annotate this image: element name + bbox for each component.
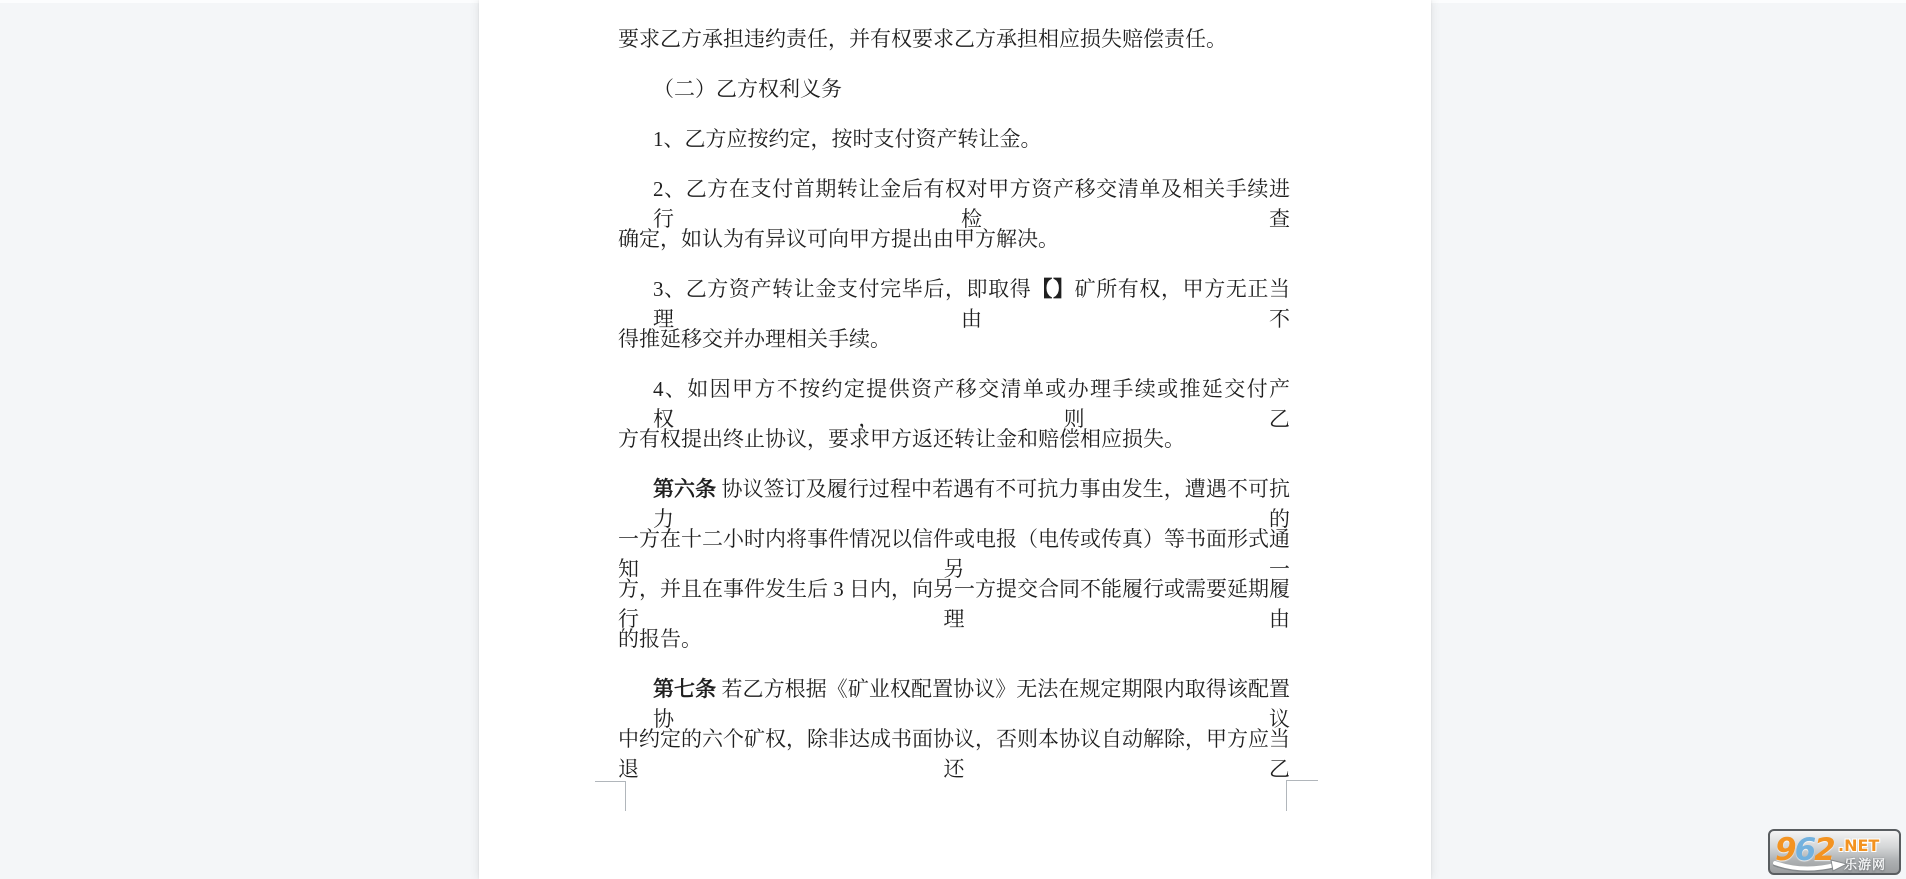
logo-site-name: 乐游网 (1844, 854, 1886, 873)
doc-text: 方，并且在事件发生后 3 日内，向另一方提交合同不能履行或需要延期履行理由 (618, 577, 1290, 631)
doc-line: 4、如因甲方不按约定提供资产移交清单或办理手续或推延交付产权，则乙 (618, 374, 1290, 404)
doc-text-bold: 第六条 (653, 477, 716, 501)
doc-text: 确定，如认为有异议可向甲方提出由甲方解决。 (618, 227, 1059, 251)
swoosh-arrow-icon (1773, 858, 1849, 875)
doc-text: 1、乙方应按约定，按时支付资产转让金。 (653, 127, 1042, 151)
doc-line: 2、乙方在支付首期转让金后有权对甲方资产移交清单及相关手续进行检查 (618, 174, 1290, 204)
962net-watermark-logo: 962 .NET 乐游网 (1768, 829, 1901, 875)
screenshot-canvas: 要求乙方承担违约责任，并有权要求乙方承担相应损失赔偿责任。（二）乙方权利义务1、… (0, 0, 1906, 879)
doc-line: 的报告。 (618, 624, 1290, 654)
doc-text: 一方在十二小时内将事件情况以信件或电报（电传或传真）等书面形式通知另一 (618, 527, 1290, 581)
doc-line: 要求乙方承担违约责任，并有权要求乙方承担相应损失赔偿责任。 (618, 24, 1290, 54)
doc-line: 得推延移交并办理相关手续。 (618, 324, 1290, 354)
document-page: 要求乙方承担违约责任，并有权要求乙方承担相应损失赔偿责任。（二）乙方权利义务1、… (479, 0, 1431, 879)
doc-line: 中约定的六个矿权，除非达成书面协议，否则本协议自动解除，甲方应当退还乙 (618, 724, 1290, 754)
doc-line: 方有权提出终止协议，要求甲方返还转让金和赔偿相应损失。 (618, 424, 1290, 454)
doc-line: 方，并且在事件发生后 3 日内，向另一方提交合同不能履行或需要延期履行理由 (618, 574, 1290, 604)
doc-text: 得推延移交并办理相关手续。 (618, 327, 891, 351)
doc-text: 3、乙方资产转让金支付完毕后，即取得 (653, 277, 1031, 301)
doc-text: 中约定的六个矿权，除非达成书面协议，否则本协议自动解除，甲方应当退还乙 (618, 727, 1290, 781)
doc-text: 协议签订及履行过程中若遇有不可抗力事由发生，遭遇不可抗力的 (653, 477, 1290, 531)
doc-text: 2、乙方在支付首期转让金后有权对甲方资产移交清单及相关手续进行检查 (653, 177, 1290, 231)
doc-text: （二）乙方权利义务 (653, 77, 842, 101)
doc-line: 3、乙方资产转让金支付完毕后，即取得【】矿所有权，甲方无正当理由不 (618, 274, 1290, 304)
doc-text: 4、如因甲方不按约定提供资产移交清单或办理手续或推延交付产权，则乙 (653, 377, 1290, 431)
doc-text: 若乙方根据《矿业权配置协议》无法在规定期限内取得该配置协议 (653, 677, 1290, 731)
doc-text-bold: 第七条 (653, 677, 716, 701)
doc-line: 一方在十二小时内将事件情况以信件或电报（电传或传真）等书面形式通知另一 (618, 524, 1290, 554)
doc-line: 确定，如认为有异议可向甲方提出由甲方解决。 (618, 224, 1290, 254)
doc-line: 第六条 协议签订及履行过程中若遇有不可抗力事由发生，遭遇不可抗力的 (618, 474, 1290, 504)
doc-line: 第七条 若乙方根据《矿业权配置协议》无法在规定期限内取得该配置协议 (618, 674, 1290, 704)
doc-text-bold: 【】 (1031, 277, 1074, 301)
margin-corner-mark-right (1286, 780, 1318, 811)
doc-text: 方有权提出终止协议，要求甲方返还转让金和赔偿相应损失。 (618, 427, 1185, 451)
doc-line: （二）乙方权利义务 (618, 74, 1290, 104)
margin-corner-mark-left (595, 781, 626, 811)
doc-text: 的报告。 (618, 627, 702, 651)
doc-line: 1、乙方应按约定，按时支付资产转让金。 (618, 124, 1290, 154)
document-text: 要求乙方承担违约责任，并有权要求乙方承担相应损失赔偿责任。（二）乙方权利义务1、… (618, 0, 1290, 879)
logo-net-suffix: .NET (1838, 836, 1879, 855)
doc-text: 要求乙方承担违约责任，并有权要求乙方承担相应损失赔偿责任。 (618, 27, 1227, 51)
